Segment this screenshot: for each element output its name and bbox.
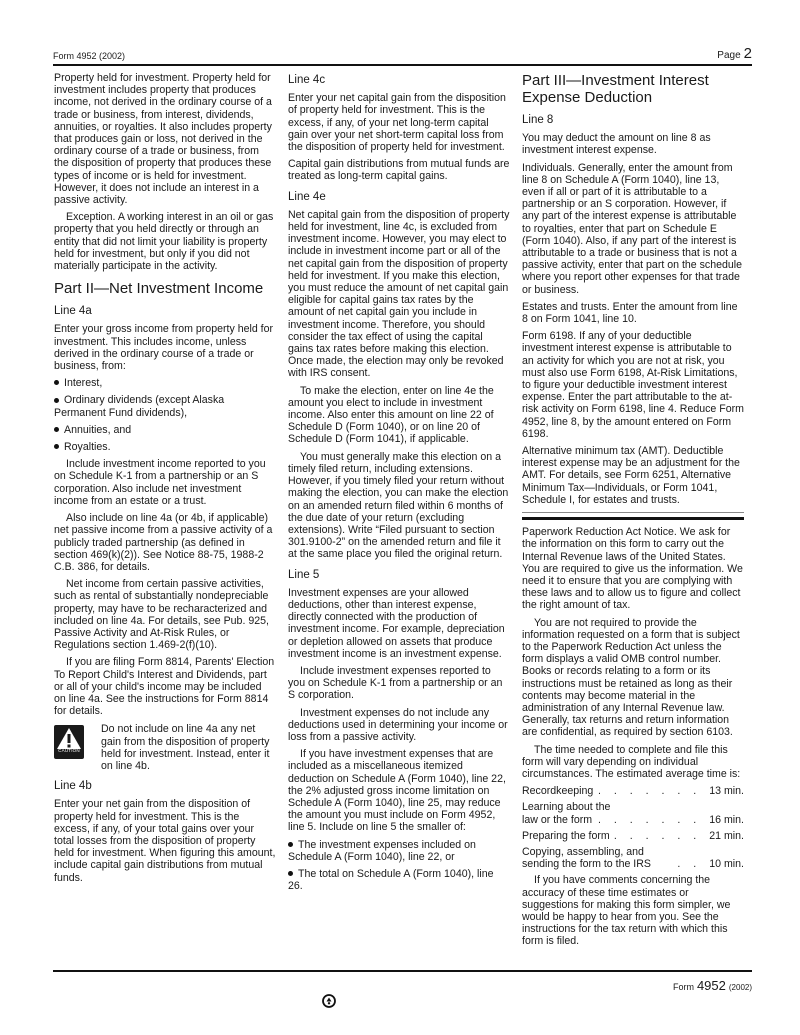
time-estimate-preparing: Preparing the form . . . . . . 21 min. xyxy=(522,830,744,842)
time-label: sending the form to the IRS xyxy=(522,858,651,870)
line-4b-text: Enter your net gain from the disposition… xyxy=(54,798,276,883)
bullet-icon xyxy=(54,427,59,432)
recycle-icon xyxy=(322,994,336,1008)
line-4e-text: Net capital gain from the disposition of… xyxy=(288,209,510,380)
line-4e-paragraph-2: To make the election, enter on line 4e t… xyxy=(288,385,510,446)
time-estimate-recordkeeping: Recordkeeping . . . . . . . 13 min. xyxy=(522,785,744,797)
column-1: Property held for investment. Property h… xyxy=(54,72,276,889)
line-8-heading: Line 8 xyxy=(522,114,744,126)
line-4e-paragraph-3: You must generally make this election on… xyxy=(288,451,510,561)
column-2: Line 4c Enter your net capital gain from… xyxy=(288,72,510,897)
bullet-icon xyxy=(54,444,59,449)
time-row: law or the form . . . . . . . 16 min. xyxy=(522,814,744,826)
amt-paragraph: Alternative minimum tax (AMT). Deductibl… xyxy=(522,445,744,506)
caution-box: CAUTION Do not include on line 4a any ne… xyxy=(54,723,276,772)
paperwork-notice: Paperwork Reduction Act Notice. We ask f… xyxy=(522,526,744,611)
bullet-icon xyxy=(288,871,293,876)
divider-thick xyxy=(522,517,744,520)
footer-form-id: Form4952(2002) xyxy=(673,978,752,993)
time-label: law or the form xyxy=(522,814,592,826)
caution-icon: CAUTION xyxy=(54,725,84,759)
time-row: sending the form to the IRS . . 10 min. xyxy=(522,858,744,870)
caution-label: CAUTION xyxy=(54,745,84,757)
time-label-line-1: Learning about the xyxy=(522,801,744,813)
bullet-text: Ordinary dividends (except Alaska Perman… xyxy=(54,394,224,418)
passive-income-paragraph: Also include on line 4a (or 4b, if appli… xyxy=(54,512,276,573)
divider xyxy=(522,512,744,513)
leader-dots: . . xyxy=(651,858,709,870)
time-label: Recordkeeping xyxy=(522,785,593,797)
line-5-paragraph-3: Investment expenses do not include any d… xyxy=(288,707,510,744)
property-held-paragraph: Property held for investment. Property h… xyxy=(54,72,276,206)
bullet-text: Royalties. xyxy=(64,441,111,453)
line-4e-heading: Line 4e xyxy=(288,191,510,203)
paperwork-paragraph-2: You are not required to provide the info… xyxy=(522,617,744,739)
paperwork-paragraph-3: The time needed to complete and file thi… xyxy=(522,744,744,781)
caution-text: Do not include on line 4a any net gain f… xyxy=(101,723,276,772)
form-6198-paragraph: Form 6198. If any of your deductible inv… xyxy=(522,330,744,440)
page-footer: Form4952(2002) xyxy=(53,970,752,972)
line-5-heading: Line 5 xyxy=(288,569,510,581)
exception-paragraph: Exception. A working interest in an oil … xyxy=(54,211,276,272)
bullet-icon xyxy=(54,398,59,403)
time-value: 16 min. xyxy=(709,814,744,826)
time-value: 10 min. xyxy=(709,858,744,870)
line-4a-heading: Line 4a xyxy=(54,305,276,317)
bullet-item: The investment expenses included on Sche… xyxy=(288,839,510,863)
bullet-icon xyxy=(288,842,293,847)
line-5-text: Investment expenses are your allowed ded… xyxy=(288,587,510,660)
bullet-text: Annuities, and xyxy=(64,424,131,436)
line-4c-heading: Line 4c xyxy=(288,74,510,86)
leader-dots: . . . . . . . xyxy=(592,814,709,826)
column-3: Part III—Investment Interest Expense Ded… xyxy=(522,72,744,953)
part-3-heading: Part III—Investment Interest Expense Ded… xyxy=(522,72,744,106)
bullet-item: Royalties. xyxy=(54,441,276,453)
line-4b-heading: Line 4b xyxy=(54,780,276,792)
bullet-item: Ordinary dividends (except Alaska Perman… xyxy=(54,394,276,418)
time-estimate-learning: Learning about the law or the form . . .… xyxy=(522,801,744,825)
time-label-line-1: Copying, assembling, and xyxy=(522,846,744,858)
comments-paragraph: If you have comments concerning the accu… xyxy=(522,874,744,947)
form-label: Form 4952 (2002) xyxy=(53,51,125,61)
form-8814-paragraph: If you are filing Form 8814, Parents' El… xyxy=(54,656,276,717)
bullet-item: Annuities, and xyxy=(54,424,276,436)
bullet-text: Interest, xyxy=(64,377,102,389)
net-income-paragraph: Net income from certain passive activiti… xyxy=(54,578,276,651)
part-2-heading: Part II—Net Investment Income xyxy=(54,280,276,297)
bullet-icon xyxy=(54,380,59,385)
line-4c-text: Enter your net capital gain from the dis… xyxy=(288,92,510,153)
footer-year: (2002) xyxy=(729,983,752,992)
estates-paragraph: Estates and trusts. Enter the amount fro… xyxy=(522,301,744,325)
line-8-text: You may deduct the amount on line 8 as i… xyxy=(522,132,744,156)
footer-form-number: 4952 xyxy=(697,978,726,993)
page-header: Form 4952 (2002) Page2 xyxy=(53,44,752,66)
time-value: 21 min. xyxy=(709,830,744,842)
bullet-item: The total on Schedule A (Form 1040), lin… xyxy=(288,868,510,892)
line-5-paragraph-4: If you have investment expenses that are… xyxy=(288,748,510,833)
footer-form-word: Form xyxy=(673,982,694,992)
leader-dots: . . . . . . . xyxy=(593,785,709,797)
page-label: Page xyxy=(717,50,740,61)
bullet-item: Interest, xyxy=(54,377,276,389)
leader-dots: . . . . . . xyxy=(610,830,710,842)
k1-paragraph: Include investment income reported to yo… xyxy=(54,458,276,507)
individuals-paragraph: Individuals. Generally, enter the amount… xyxy=(522,162,744,296)
line-5-paragraph-2: Include investment expenses reported to … xyxy=(288,665,510,702)
time-label: Preparing the form xyxy=(522,830,610,842)
line-4c-text-2: Capital gain distributions from mutual f… xyxy=(288,158,510,182)
line-4a-intro: Enter your gross income from property he… xyxy=(54,323,276,372)
time-estimate-copying: Copying, assembling, and sending the for… xyxy=(522,846,744,870)
page-indicator: Page2 xyxy=(717,45,752,62)
bullet-text: The total on Schedule A (Form 1040), lin… xyxy=(288,868,494,892)
bullet-text: The investment expenses included on Sche… xyxy=(288,839,476,863)
time-value: 13 min. xyxy=(709,785,744,797)
page-number: 2 xyxy=(744,45,752,62)
